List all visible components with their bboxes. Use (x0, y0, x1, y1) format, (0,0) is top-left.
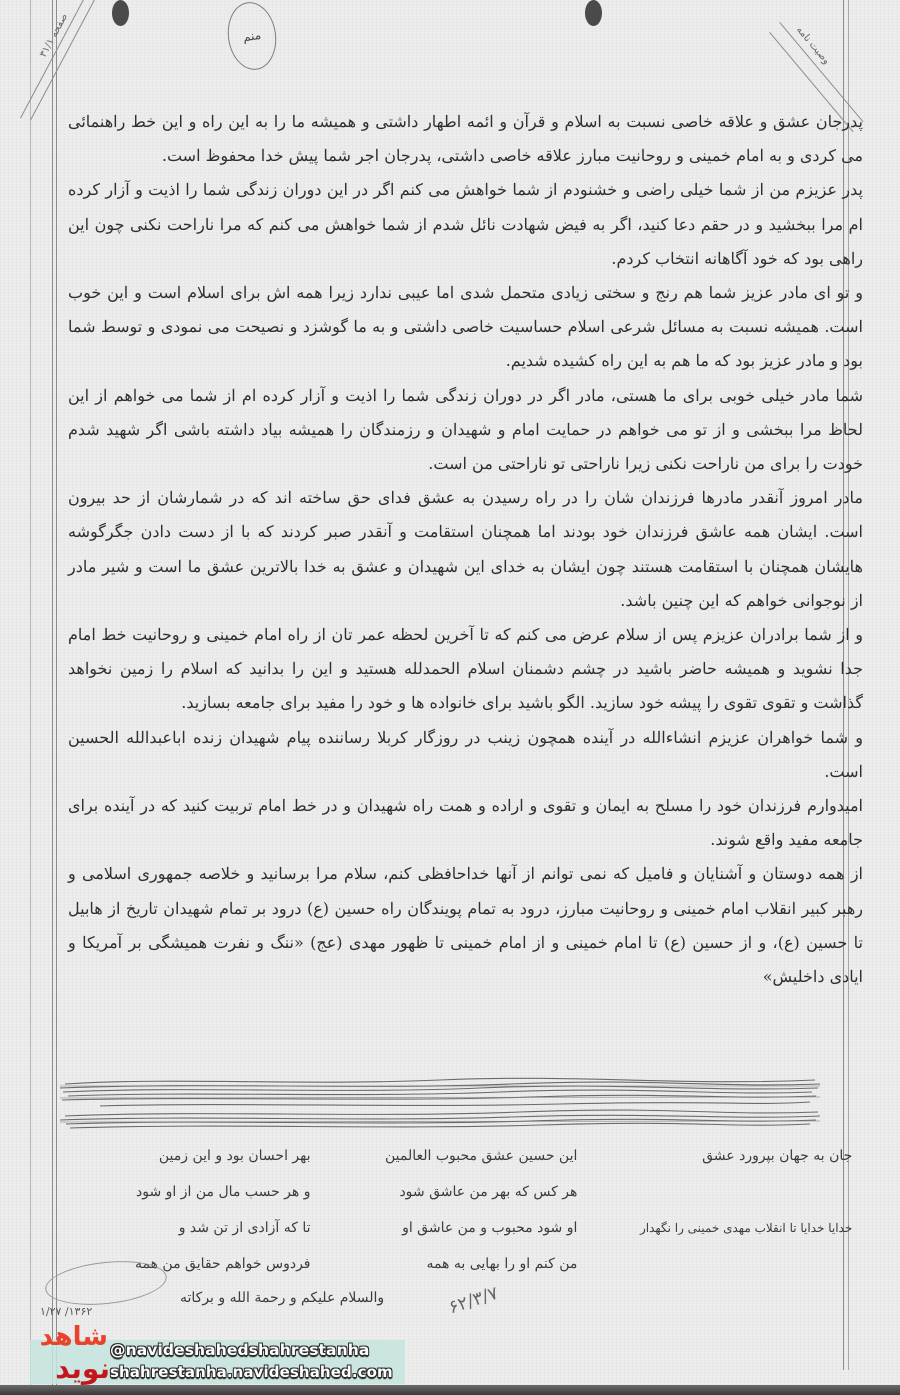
left-margin-line (52, 0, 53, 1385)
poem-line: هر کس که بهر من عاشق شود (385, 1174, 577, 1210)
paragraph: پدرجان عشق و علاقه خاصی نسبت به اسلام و … (68, 105, 863, 173)
crossed-out-scribble (60, 1072, 820, 1134)
poem-line: و هر حسب مال من از او شود (135, 1174, 311, 1210)
poem-column-middle: این حسین عشق محبوب العالمین هر کس که بهر… (385, 1138, 577, 1282)
watermark-handle: @navideshahedshahrestanha (110, 1341, 369, 1359)
logo-word-navid: نوید (55, 1352, 110, 1386)
watermark-url: shahrestanha.navideshahed.com (110, 1363, 393, 1381)
letter-body: پدرجان عشق و علاقه خاصی نسبت به اسلام و … (68, 105, 863, 994)
left-margin-line-outer (30, 0, 31, 1385)
paragraph: از همه دوستان و آشنایان و فامیل که نمی ت… (68, 857, 863, 994)
poem-line: تا که آزادی از تن شد و (135, 1210, 311, 1246)
date-note: ۱۳۶۲/ ۱/۲۷ (40, 1305, 92, 1318)
left-margin-line-2 (56, 0, 57, 1385)
poem-line: بهر احسان بود و این زمین (135, 1138, 311, 1174)
binder-hole-left (112, 0, 129, 26)
paragraph: امیدوارم فرزندان خود را مسلح به ایمان و … (68, 789, 863, 857)
binder-hole-right (585, 0, 602, 26)
poem-column-right: جان به جهان بپرورد عشق خدایا خدایا تا ان… (640, 1138, 852, 1246)
poem-line: جان به جهان بپرورد عشق (640, 1138, 852, 1174)
scan-bottom-edge (0, 1385, 900, 1395)
logo-word-shahed: شاهد (40, 1322, 108, 1352)
paragraph: پدر عزیزم من از شما خیلی راضی و خشنودم ا… (68, 173, 863, 276)
paragraph: شما مادر خیلی خوبی برای ما هستی، مادر اگ… (68, 379, 863, 482)
poem-line: او شود محبوب و من عاشق او (385, 1210, 577, 1246)
paragraph: و از شما برادران عزیزم پس از سلام عرض می… (68, 618, 863, 721)
poem-column-left: بهر احسان بود و این زمین و هر حسب مال من… (135, 1138, 311, 1282)
closing-salutation: والسلام علیکم و رحمة الله و برکاته (180, 1290, 384, 1306)
paragraph: مادر امروز آنقدر مادرها فرزندان شان را د… (68, 481, 863, 618)
paragraph: و تو ای مادر عزیز شما هم رنج و سختی زیاد… (68, 276, 863, 379)
poem-line: خدایا خدایا تا انقلاب مهدی خمینی را نگهد… (640, 1210, 852, 1246)
paragraph: و شما خواهران عزیزم انشاءالله در آینده ه… (68, 721, 863, 789)
poem-line: این حسین عشق محبوب العالمین (385, 1138, 577, 1174)
navideshahed-logo: شاهد نوید (28, 1322, 112, 1392)
poem-line: من کنم او را بهایی به همه (385, 1246, 577, 1282)
